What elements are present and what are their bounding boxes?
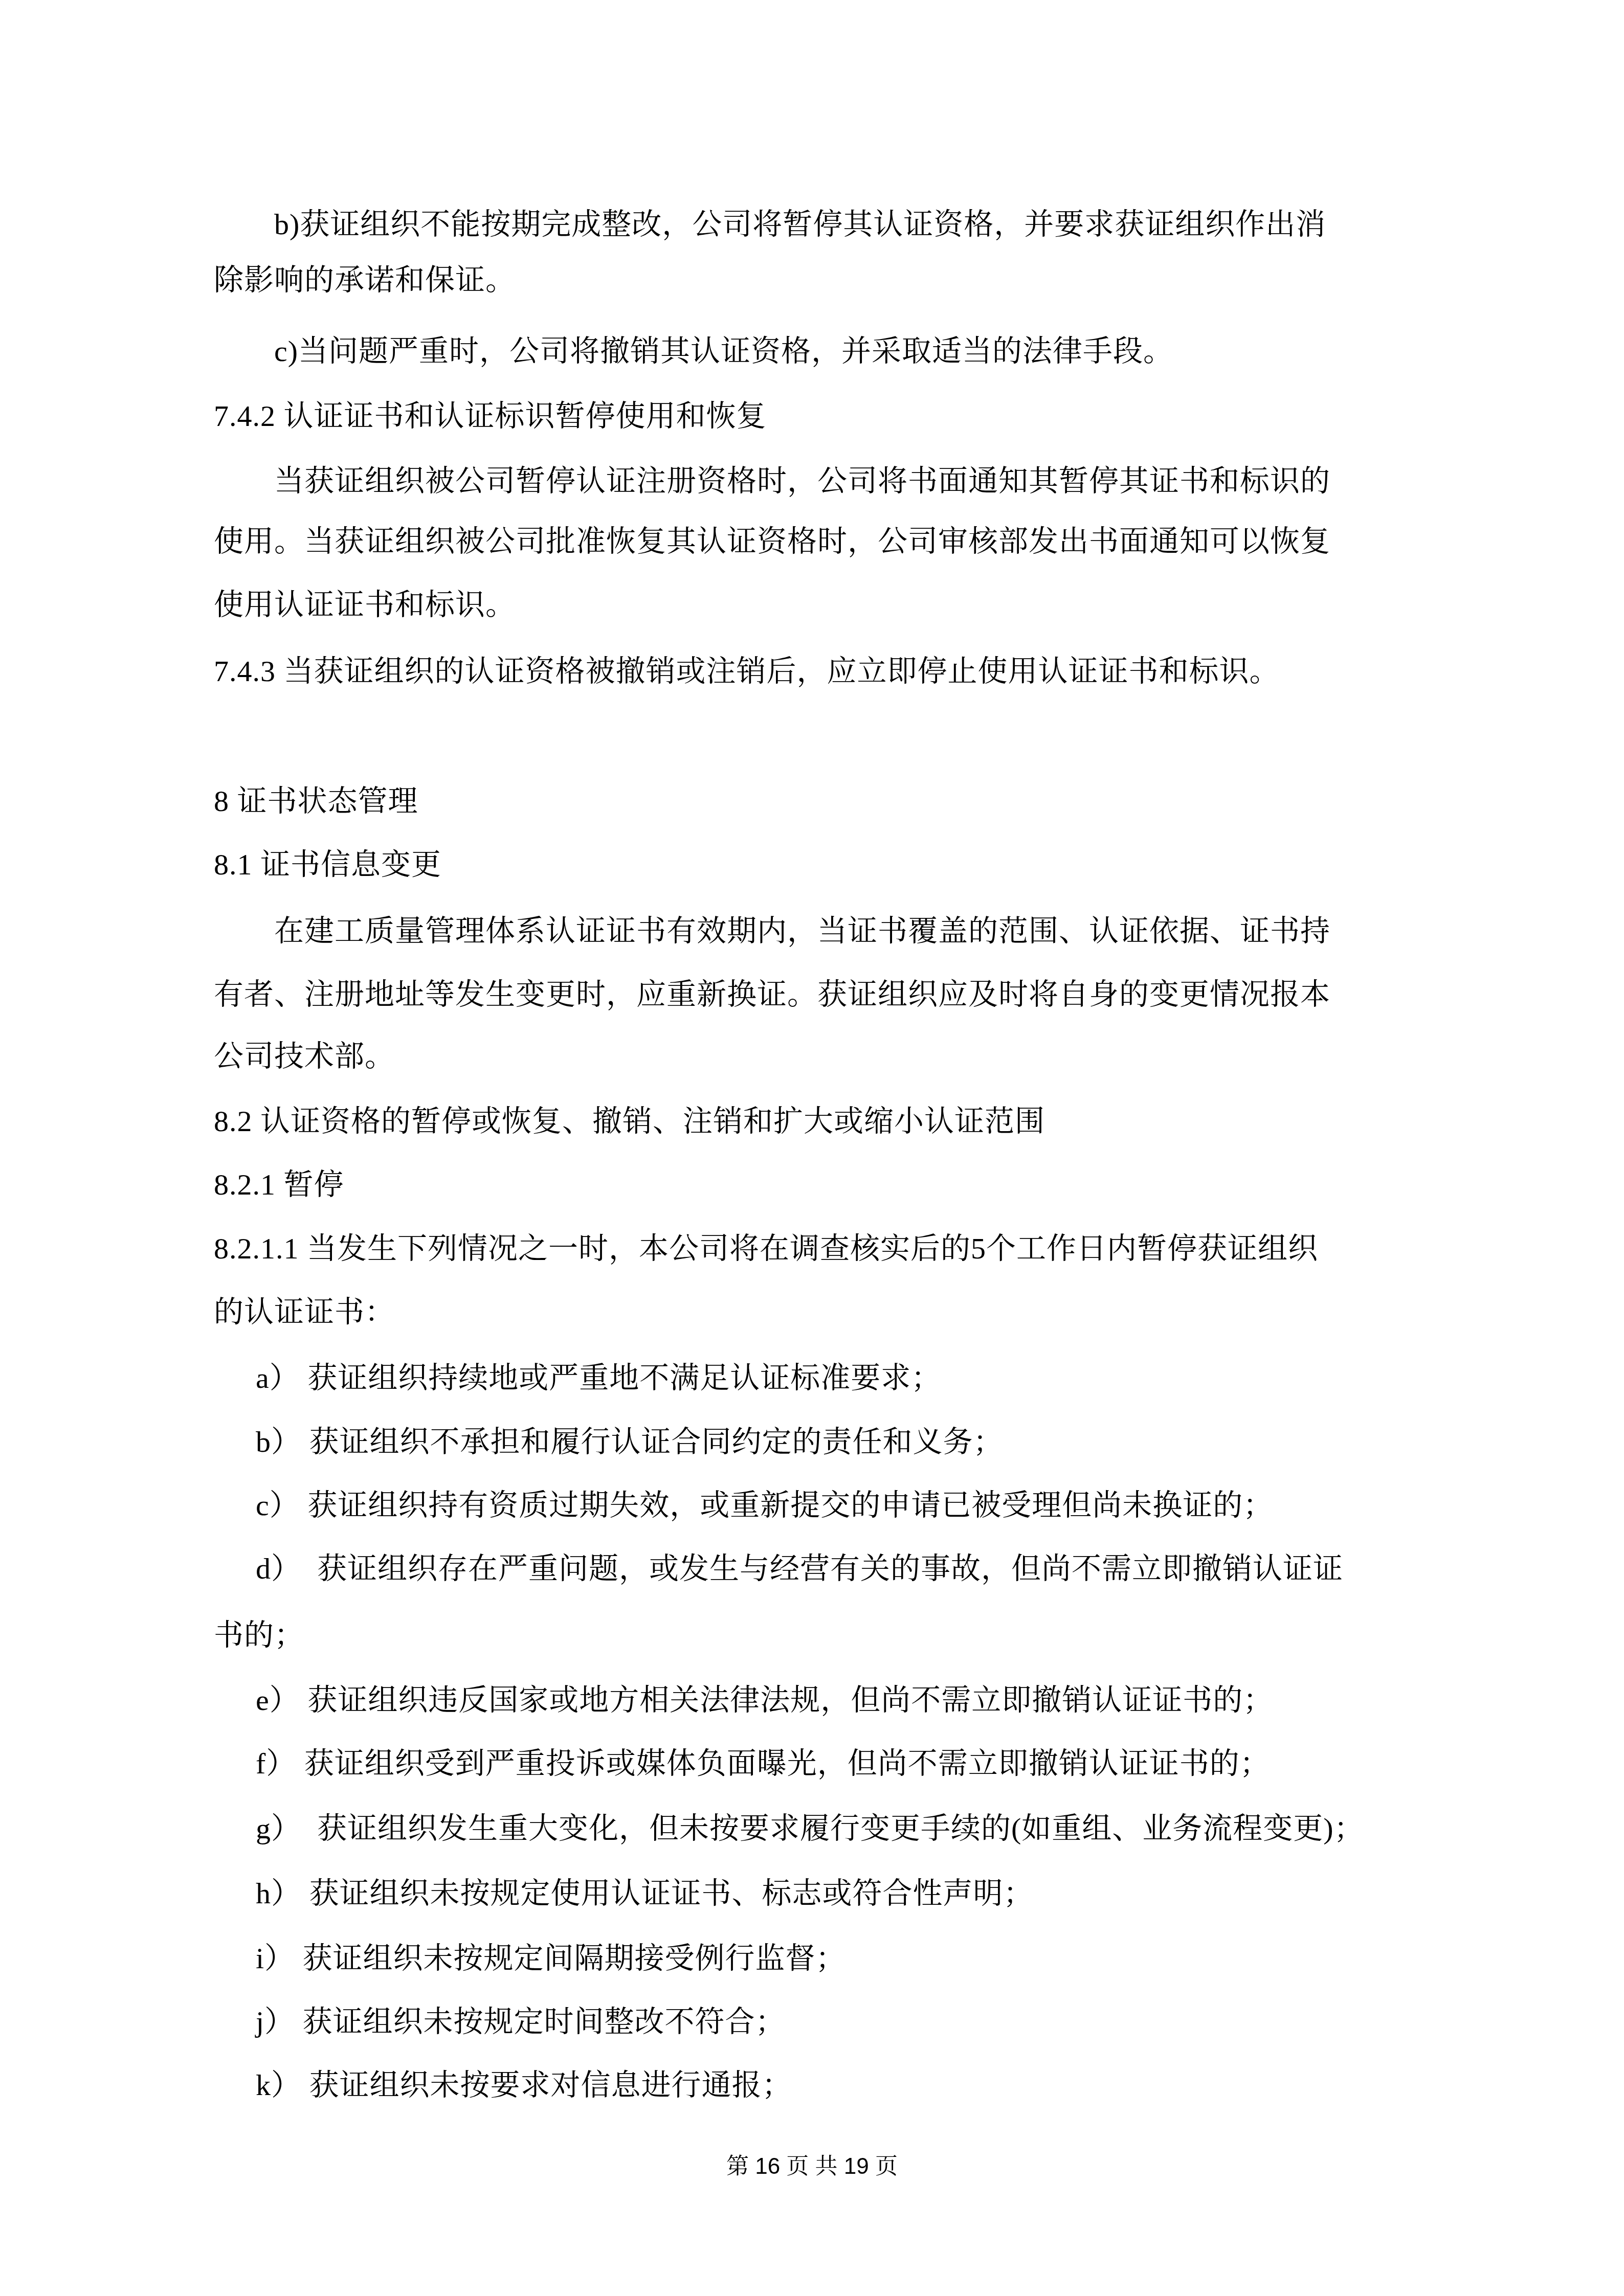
text-line: 8.2.1.1 当发生下列情况之一时，本公司将在调查核实后的5个工作日内暂停获证… [214,1228,1318,1269]
text-line: 7.4.2 认证证书和认证标识暂停使用和恢复 [214,396,767,437]
text-line: e） 获证组织违反国家或地方相关法律法规，但尚不需立即撤销认证证书的； [256,1680,1273,1721]
text-line: b） 获证组织不承担和履行认证合同约定的责任和义务； [256,1422,1004,1462]
text-line: 使用。当获证组织被公司批准恢复其认证资格时，公司审核部发出书面通知可以恢复 [214,521,1330,562]
text-line: 8.2.1 暂停 [214,1164,344,1205]
text-line: 除影响的承诺和保证。 [214,260,516,301]
text-line: a） 获证组织持续地或严重地不满足认证标准要求； [256,1358,941,1399]
text-line: 有者、注册地址等发生变更时，应重新换证。获证组织应及时将自身的变更情况报本 [214,974,1330,1015]
page-footer: 第 16 页 共 19 页 [0,2151,1624,2182]
text-line: h） 获证组织未按规定使用认证证书、标志或符合性声明； [256,1873,1034,1914]
text-line: j） 获证组织未按规定时间整改不符合； [256,2001,786,2042]
text-line: k） 获证组织未按要求对信息进行通报； [256,2065,792,2106]
text-line: c） 获证组织持有资质过期失效，或重新提交的申请已被受理但尚未换证的； [256,1485,1273,1526]
text-line: f） 获证组织受到严重投诉或媒体负面曝光，但尚不需立即撤销认证证书的； [256,1743,1270,1784]
text-line: g） 获证组织发生重大变化，但未按要求履行变更手续的(如重组、业务流程变更)； [256,1808,1364,1849]
text-line: 使用认证证书和标识。 [214,584,516,625]
text-line: 的认证证书： [214,1292,395,1333]
text-line: 书的； [214,1615,304,1656]
text-line: d） 获证组织存在严重问题，或发生与经营有关的事故，但尚不需立即撤销认证证 [256,1548,1343,1589]
text-line: i） 获证组织未按规定间隔期接受例行监督； [256,1938,846,1979]
text-line: 公司技术部。 [214,1036,395,1077]
text-line: 在建工质量管理体系认证证书有效期内，当证书覆盖的范围、认证依据、证书持 [274,911,1330,952]
text-line: 8 证书状态管理 [214,781,418,822]
page-number-label: 第 16 页 共 19 页 [726,2154,898,2179]
text-line: 8.1 证书信息变更 [214,844,441,885]
text-line: 7.4.3 当获证组织的认证资格被撤销或注销后，应立即停止使用认证证书和标识。 [214,651,1280,692]
text-line: b)获证组织不能按期完成整改，公司将暂停其认证资格，并要求获证组织作出消 [274,204,1326,245]
text-line: 8.2 认证资格的暂停或恢复、撤销、注销和扩大或缩小认证范围 [214,1101,1045,1142]
document-page: b)获证组织不能按期完成整改，公司将暂停其认证资格，并要求获证组织作出消除影响的… [0,0,1624,2296]
text-line: 当获证组织被公司暂停认证注册资格时，公司将书面通知其暂停其证书和标识的 [274,461,1330,502]
text-line: c)当问题严重时，公司将撤销其认证资格，并采取适当的法律手段。 [274,331,1173,372]
